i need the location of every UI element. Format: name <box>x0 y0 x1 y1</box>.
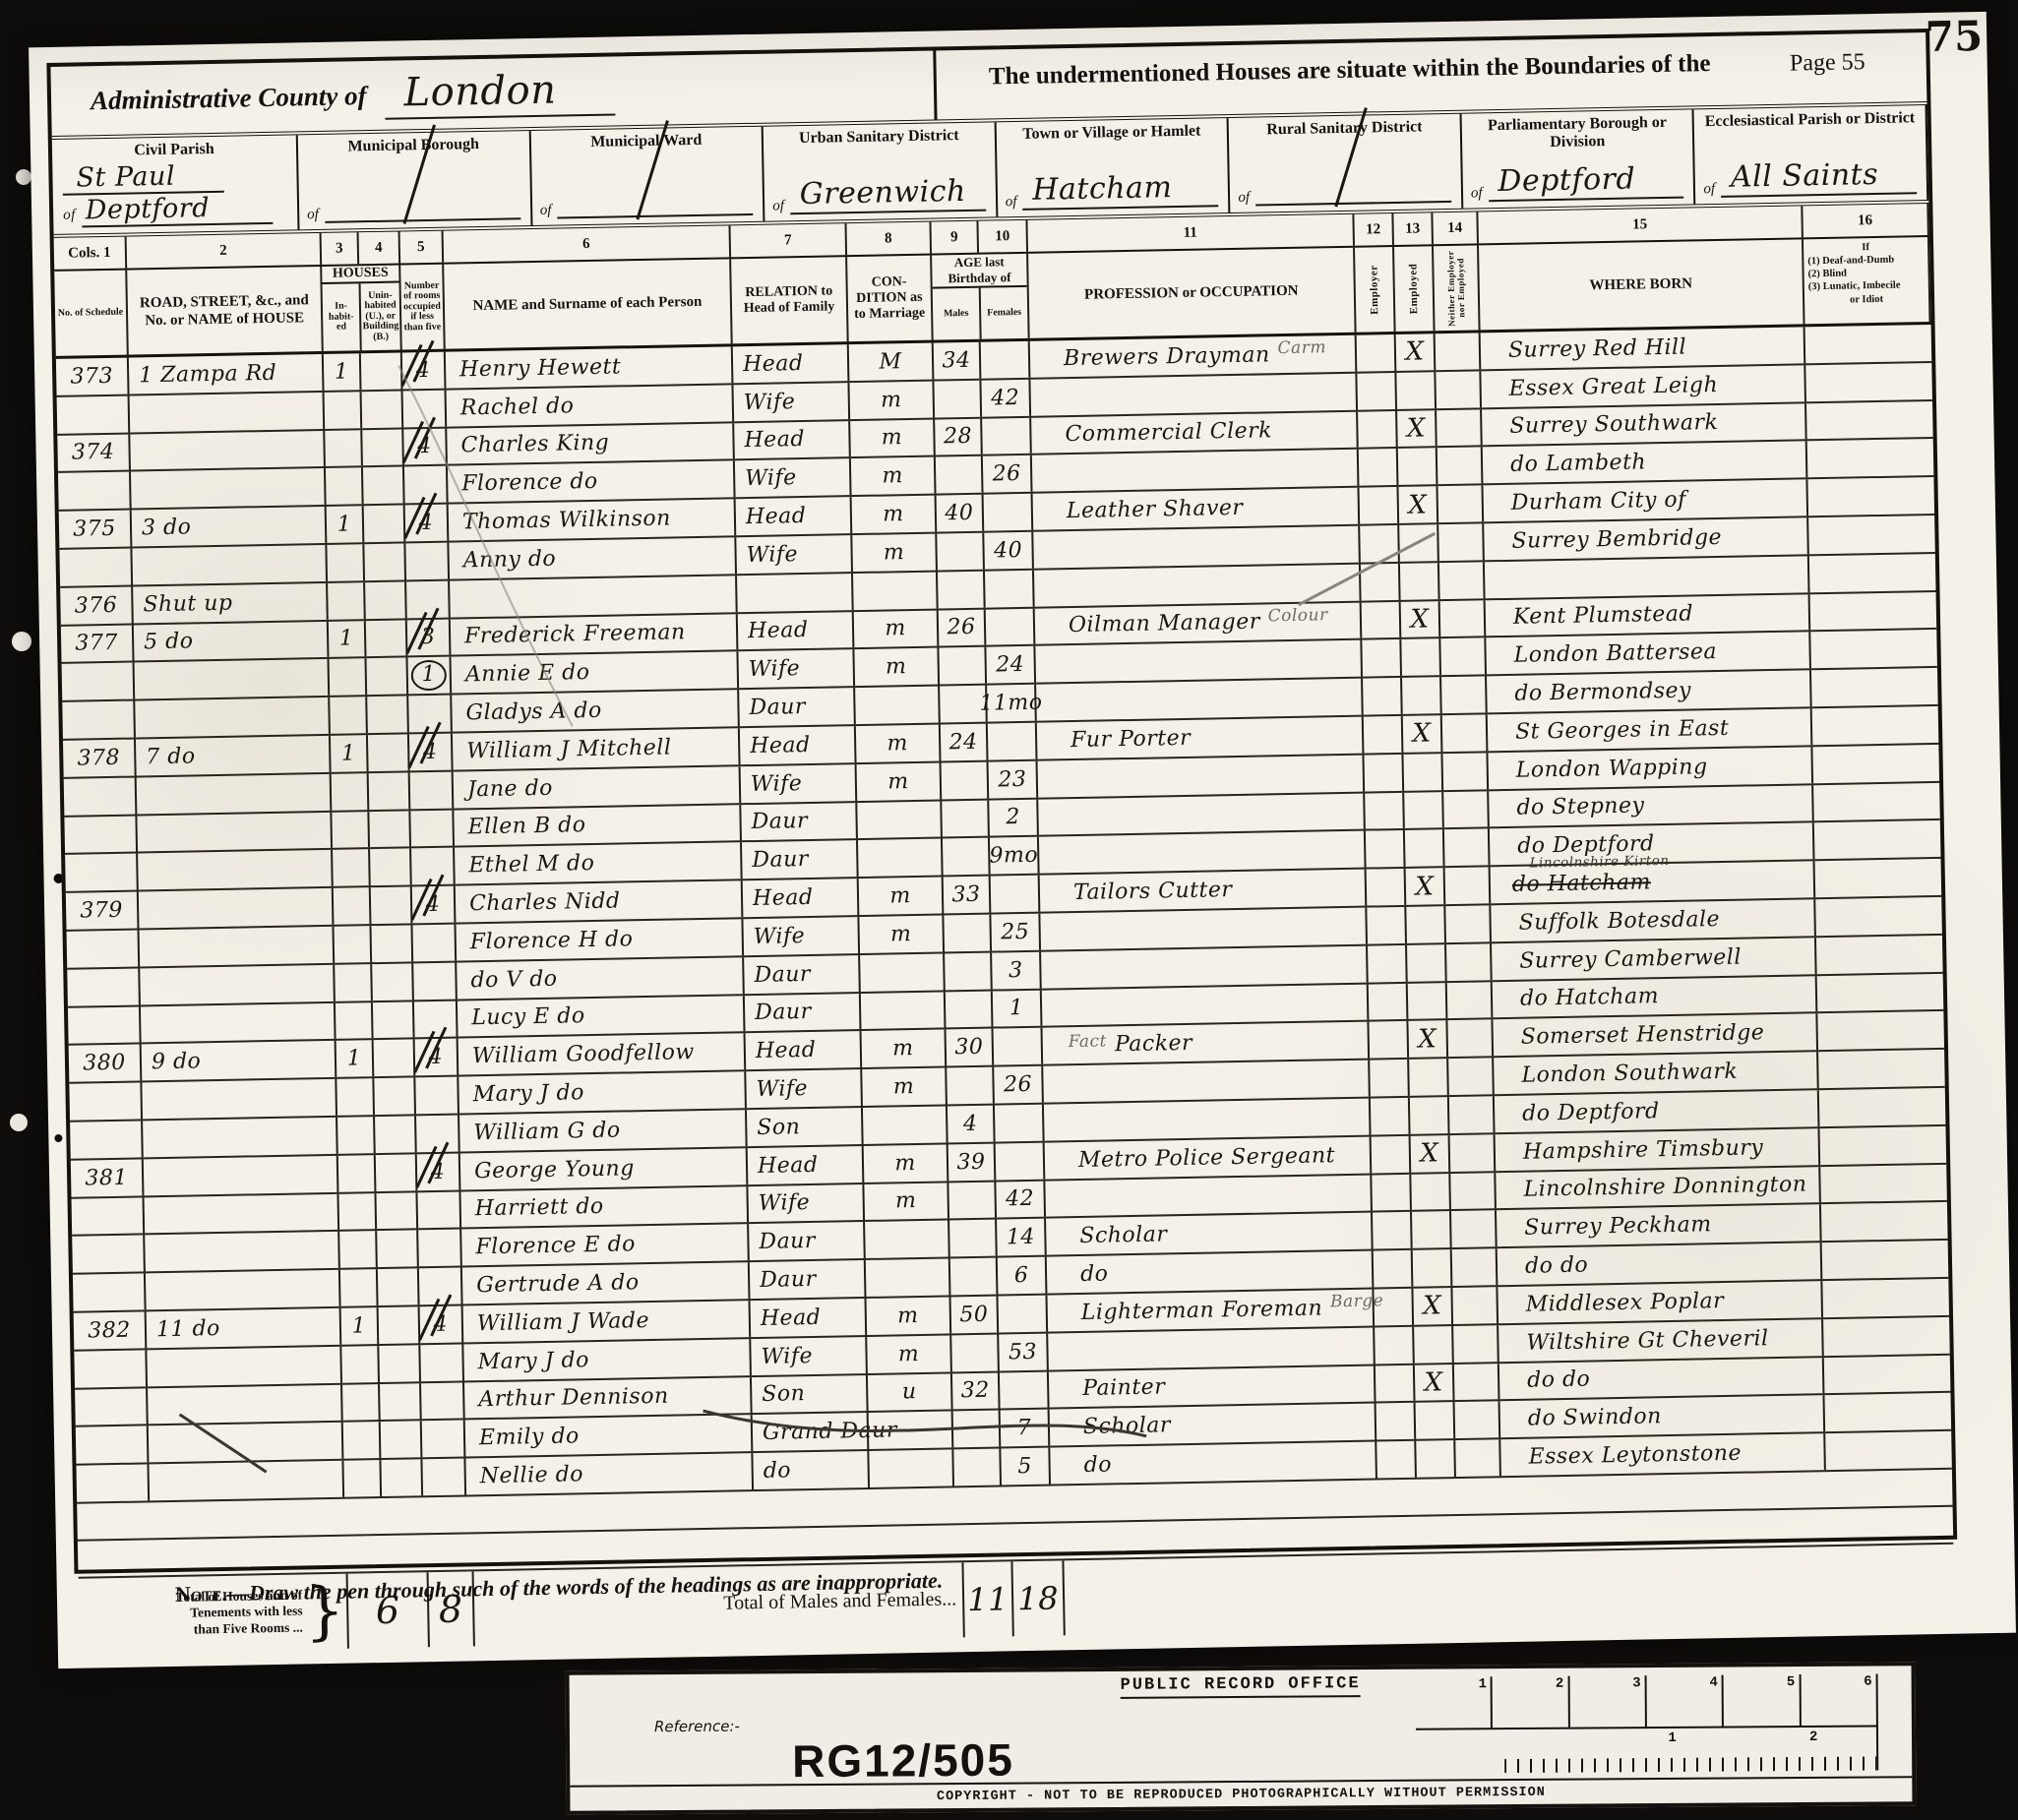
schedule-number <box>72 1197 146 1235</box>
employed-tick <box>1414 1326 1454 1364</box>
born-text: do Lambeth <box>1510 451 1646 478</box>
infirmities-value <box>1810 592 1937 631</box>
rooms-value <box>406 580 451 618</box>
employer-value <box>1362 639 1402 677</box>
address: 5 do <box>134 621 330 660</box>
houses-uninhabited-value <box>380 1383 422 1421</box>
infirmities-value <box>1820 1164 1947 1202</box>
address <box>130 431 326 470</box>
col-profession-header: PROFESSION or OCCUPATION <box>1028 248 1357 338</box>
col-whereborn-header: WHERE BORN <box>1479 239 1805 330</box>
age-male-value: 24 <box>941 724 989 761</box>
where-born-value: Lincolnshire Donnington <box>1496 1167 1821 1209</box>
neither-value <box>1446 943 1493 981</box>
houses-uninhabited-value <box>371 925 413 962</box>
age-female-value <box>982 417 1032 455</box>
houses-total-line: than Five Rooms ... <box>194 1620 303 1637</box>
houses-uninhabited-value <box>374 1077 416 1115</box>
occupation-text: do <box>1080 1261 1109 1287</box>
relation-value: Wife <box>748 1184 865 1223</box>
occupation-value <box>1038 755 1366 797</box>
person-name: Nellie do <box>465 1453 754 1494</box>
schedule-number: 376 <box>60 586 134 624</box>
rooms-number: 4 <box>428 1045 443 1069</box>
age-male-value <box>948 1182 997 1219</box>
stamp-ruler: 123456 1 2 <box>1416 1673 1879 1775</box>
condition-value: m <box>867 1335 952 1372</box>
schedule-number: 382 <box>74 1311 148 1349</box>
district-field: Town or Village or Hamlet of Hatcham <box>996 118 1230 216</box>
employed-tick <box>1413 1249 1453 1287</box>
where-born-value: do Hatcham <box>1493 976 1818 1018</box>
person-name: Emily do <box>465 1415 754 1456</box>
address <box>140 927 336 966</box>
rooms-value <box>403 390 448 427</box>
occupation-value <box>1032 450 1360 492</box>
ruler-inch-scale: 1 2 <box>1504 1727 1878 1773</box>
infirm-line: (2) Blind <box>1807 268 1847 281</box>
neither-value <box>1450 1134 1497 1172</box>
employer-value <box>1366 830 1406 868</box>
address <box>135 698 331 737</box>
neither-value <box>1440 638 1487 676</box>
district-label: Urban Sanitary District <box>769 127 989 149</box>
column-number: Cols. 1 <box>54 237 128 270</box>
rooms-value <box>405 543 450 580</box>
houses-inhabited-value <box>338 1155 377 1191</box>
rooms-value: 4 <box>412 886 457 924</box>
person-name: Florence H do <box>456 919 744 960</box>
address <box>141 1002 336 1042</box>
rooms-value <box>413 962 458 1000</box>
rooms-value: 4 <box>417 1153 461 1190</box>
condition-value: m <box>852 496 938 533</box>
rooms-number: 4 <box>423 740 438 764</box>
born-text: Essex Great Leigh <box>1508 373 1718 401</box>
rooms-value <box>419 1268 463 1305</box>
district-field: Rural Sanitary District of <box>1229 114 1463 212</box>
relation-value: Head <box>740 726 857 764</box>
age-male-value: 26 <box>939 609 987 646</box>
where-born-value: do Stepney <box>1489 785 1814 827</box>
age-female-value <box>991 876 1041 913</box>
houses-inhabited-value <box>336 1002 374 1039</box>
employed-tick <box>1400 563 1440 600</box>
occupation-value <box>1038 793 1366 835</box>
district-value: Deptford <box>1488 161 1684 203</box>
born-text: Somerset Henstridge <box>1521 1020 1765 1050</box>
person-name: William Goodfellow <box>459 1034 747 1075</box>
condition-value: M <box>849 343 935 381</box>
address <box>130 393 326 432</box>
note-word: Note. <box>175 1581 228 1607</box>
district-field: Parliamentary Borough or Division of Dep… <box>1461 109 1695 208</box>
age-male-value: 50 <box>950 1296 999 1333</box>
person-name: Florence E do <box>461 1224 750 1265</box>
condition-value: m <box>850 419 936 456</box>
age-female-value: 24 <box>986 646 1036 684</box>
age-male-value: 33 <box>944 877 992 914</box>
col-condition-header: CON-DITION as to Marriage <box>847 256 934 342</box>
district-label: Municipal Ward <box>536 131 756 152</box>
neither-value <box>1448 1058 1495 1095</box>
civil-parish-value-1: St Paul <box>62 160 224 196</box>
born-text: do Hatcham <box>1520 985 1659 1012</box>
houses-inhabited-value <box>328 582 366 619</box>
age-male-value <box>937 533 985 571</box>
schedule-number <box>64 816 138 853</box>
employed-tick: X <box>1396 334 1437 371</box>
born-text: Suffolk Botesdale <box>1518 907 1720 936</box>
of-word: of <box>540 203 552 219</box>
neither-value <box>1449 1096 1496 1133</box>
occupation-value <box>1033 526 1361 569</box>
neither-value <box>1455 1402 1501 1439</box>
neither-value <box>1444 829 1491 867</box>
age-female-value: 9mo <box>990 837 1040 875</box>
schedule-number <box>72 1236 146 1273</box>
occupation-value <box>1034 564 1362 606</box>
condition-value: m <box>859 878 945 915</box>
rooms-number: 4 <box>433 1312 448 1337</box>
rooms-value: 4 <box>415 1039 459 1076</box>
condition-value: m <box>862 1068 948 1106</box>
condition-value <box>869 1412 954 1449</box>
houses-inhabited-value: 1 <box>341 1307 380 1344</box>
houses-uninhabited-value <box>363 467 405 505</box>
address <box>135 659 331 698</box>
houses-inhabited-value <box>333 850 371 886</box>
address <box>137 812 333 851</box>
address <box>138 850 334 889</box>
rooms-value <box>408 696 453 733</box>
schedule-number <box>58 472 132 510</box>
occupation-text: Lighterman Foreman <box>1081 1296 1323 1324</box>
schedule-number: 378 <box>63 739 137 776</box>
age-male-value: 40 <box>937 495 985 532</box>
address: 11 do <box>147 1308 342 1348</box>
born-text: do do <box>1525 1253 1589 1279</box>
column-number: 5 <box>400 231 445 264</box>
houses-uninhabited-value <box>362 391 404 428</box>
age-male-value <box>936 456 984 494</box>
district-value: All Saints <box>1721 156 1918 198</box>
employer-value <box>1357 334 1397 372</box>
employed-tick <box>1406 906 1446 943</box>
neither-value <box>1447 982 1494 1019</box>
district-label: Parliamentary Borough or Division <box>1468 114 1687 153</box>
houses-inhabited-value: 1 <box>324 353 362 390</box>
schedule-number <box>59 549 133 586</box>
neither-value <box>1436 371 1482 408</box>
address: 9 do <box>142 1041 337 1080</box>
occupation-text: Oilman Manager <box>1069 610 1260 638</box>
neither-value <box>1442 714 1489 752</box>
district-label: Rural Sanitary District <box>1235 118 1454 140</box>
district-label: Ecclesiastical Parish or District <box>1700 109 1920 131</box>
age-male-value <box>934 380 982 417</box>
females-total-value: 18 <box>1012 1560 1065 1636</box>
age-female-value: 7 <box>1001 1410 1051 1447</box>
relation-value: Grand Daur <box>753 1413 870 1451</box>
age-male-value <box>942 761 990 799</box>
relation-value: Daur <box>749 1222 866 1260</box>
where-born-value: Surrey Camberwell <box>1492 938 1817 980</box>
where-born-value: Essex Great Leigh <box>1481 365 1806 407</box>
employed-tick <box>1399 524 1439 562</box>
binding-hole <box>12 632 31 651</box>
of-word: of <box>1471 185 1483 202</box>
admin-county-box: Administrative County of London <box>50 50 937 135</box>
person-name: Jane do <box>454 766 742 808</box>
houses-inhabited-value: 1 <box>336 1040 375 1076</box>
col-rooms-header: Number of rooms occupied if less than fi… <box>400 265 446 350</box>
age-male-value <box>943 838 991 876</box>
address <box>132 545 328 584</box>
employed-tick: X <box>1403 715 1443 753</box>
employed-tick <box>1409 1059 1449 1096</box>
person-name: Charles Nidd <box>456 880 744 922</box>
schedule-number: 373 <box>56 358 130 395</box>
born-text: do Swindon <box>1528 1404 1662 1430</box>
houses-uninhabited-value <box>369 811 411 848</box>
schedule-number <box>75 1388 149 1426</box>
age-female-value: 1 <box>993 990 1043 1027</box>
houses-uninhabited-value <box>375 1116 417 1153</box>
occupation-value: do <box>1047 1251 1375 1294</box>
address <box>145 1232 340 1271</box>
schedule-number <box>67 968 141 1005</box>
person-name: Arthur Dennison <box>464 1377 753 1419</box>
employer-value <box>1364 755 1404 792</box>
infirmities-value <box>1817 973 1944 1011</box>
occupation-value <box>1041 945 1369 988</box>
occupation-text: Tailors Cutter <box>1073 878 1233 905</box>
where-born-value: Middlesex Poplar <box>1498 1281 1823 1323</box>
houses-uninhabited-value <box>365 581 407 619</box>
relation-value: Daur <box>745 994 862 1032</box>
employer-value <box>1368 945 1408 983</box>
houses-inhabited-value <box>338 1193 377 1230</box>
column-number: 15 <box>1478 206 1804 243</box>
houses-uninhabited-value <box>379 1306 421 1344</box>
houses-inhabited-value <box>327 544 365 580</box>
condition-value: m <box>857 762 943 800</box>
census-sheet: 75 Administrative County of London The u… <box>29 12 2016 1668</box>
schedule-number <box>76 1426 150 1464</box>
employer-value <box>1359 487 1399 524</box>
where-born-value: Surrey Southwark <box>1482 403 1807 446</box>
neither-value <box>1445 905 1492 942</box>
employed-tick: X <box>1411 1135 1451 1173</box>
person-name: Ethel M do <box>455 843 743 884</box>
infirmities-value <box>1822 1279 1949 1317</box>
stamp-reference-label: Reference:- <box>654 1718 740 1736</box>
rooms-value <box>417 1191 461 1229</box>
schedule-number: 374 <box>57 434 131 471</box>
occupation-value: do <box>1050 1442 1377 1485</box>
employed-tick: X <box>1406 868 1446 905</box>
where-born-value: Suffolk Botesdale <box>1491 899 1816 941</box>
employer-value <box>1374 1289 1414 1326</box>
age-female-value: 42 <box>996 1181 1046 1218</box>
infirmities-value <box>1805 363 1932 401</box>
address <box>139 888 335 928</box>
occupation-value <box>1042 984 1370 1026</box>
ruler-cm-cell: 1 <box>1416 1676 1494 1729</box>
column-number: 14 <box>1433 212 1479 244</box>
neither-value <box>1440 600 1487 637</box>
ruler-cm-scale: 123456 <box>1416 1673 1878 1729</box>
rooms-value: 4 <box>420 1305 464 1343</box>
occupation-value <box>1048 1327 1376 1369</box>
schedule-number <box>69 1083 143 1121</box>
relation-value: Wife <box>736 535 853 574</box>
admin-county-value: London <box>384 66 616 119</box>
infirmities-value <box>1814 820 1941 859</box>
born-text: Surrey Bembridge <box>1511 525 1722 554</box>
employed-tick <box>1404 792 1444 829</box>
born-struck: do Hatcham <box>1512 870 1651 897</box>
age-male-value: 32 <box>952 1372 1001 1410</box>
person-name: Rachel do <box>447 385 735 426</box>
occupation-value <box>1036 679 1364 721</box>
district-field: Urban Sanitary District of Greenwich <box>764 122 998 220</box>
relation-value: Son <box>747 1108 864 1146</box>
infirmities-value <box>1823 1317 1950 1356</box>
occupation-value: Fur Porter <box>1037 717 1365 759</box>
age-female-value: 26 <box>994 1066 1044 1104</box>
born-text: do Stepney <box>1516 794 1644 820</box>
neither-label: Neither Employer nor Employed <box>1445 248 1466 329</box>
employed-tick <box>1401 639 1441 677</box>
binding-hole <box>16 169 31 185</box>
relation-value <box>737 574 854 612</box>
rooms-number: 4 <box>426 892 441 917</box>
col-inhabited-header: In-habit-ed <box>323 283 363 351</box>
rooms-value: 3 <box>407 619 452 656</box>
admin-county-label: Administrative County of <box>91 81 367 116</box>
houses-inhabited-value <box>340 1269 379 1305</box>
district-value <box>1255 200 1451 207</box>
born-text: Hampshire Timsbury <box>1523 1135 1764 1164</box>
occupation-value <box>1030 373 1358 415</box>
employer-value <box>1367 907 1407 944</box>
district-value: Hatcham <box>1022 169 1219 211</box>
occupation-value <box>1045 1175 1373 1217</box>
rooms-value <box>415 1077 459 1115</box>
address <box>145 1193 340 1233</box>
age-male-value: 4 <box>948 1105 996 1142</box>
occupation-value: Lighterman ForemanBarge <box>1047 1289 1375 1331</box>
rooms-value <box>414 1001 459 1038</box>
houses-uninhabited-value <box>361 352 403 390</box>
employer-label: Employer <box>1368 265 1380 315</box>
employed-tick <box>1411 1174 1451 1211</box>
rooms-value <box>410 810 455 847</box>
occupation-value <box>1040 908 1368 950</box>
relation-value: Wife <box>733 383 850 421</box>
pro-stamp: PUBLIC RECORD OFFICE Reference:- RG12/50… <box>566 1662 1917 1815</box>
houses-inhabited-value <box>325 430 363 466</box>
address <box>142 1079 337 1119</box>
age-female-value: 5 <box>1001 1448 1051 1486</box>
occupation-text: Packer <box>1115 1031 1193 1057</box>
condition-value <box>857 801 943 838</box>
person-name: Henry Hewett <box>446 346 734 388</box>
age-female-value <box>986 608 1036 645</box>
employed-tick <box>1407 944 1447 982</box>
district-field: Municipal Ward of <box>530 127 764 225</box>
houses-inhabited-value <box>332 773 370 810</box>
born-text: Durham City of <box>1511 488 1686 516</box>
age-female-value: 53 <box>999 1333 1049 1370</box>
employer-value <box>1363 678 1403 715</box>
employer-value <box>1372 1136 1412 1174</box>
where-born-value: Lincolnshire Kirtondo Hatcham <box>1491 861 1816 903</box>
person-name <box>450 576 738 617</box>
employed-tick <box>1396 372 1437 409</box>
employer-value <box>1365 792 1405 829</box>
born-text: Surrey Southwark <box>1509 410 1718 439</box>
col-employed-header: Employed <box>1394 246 1436 332</box>
rooms-number: 1 <box>410 660 447 692</box>
col-relation-header: RELATION to Head of Family <box>731 257 849 343</box>
neither-value <box>1447 1020 1494 1058</box>
table-frame: Administrative County of London The unde… <box>46 29 1957 1574</box>
relation-value: Head <box>738 612 855 650</box>
address <box>137 774 333 814</box>
col-age-header: AGE last Birthday of Males Females <box>932 254 1030 340</box>
occupation-value: Tailors Cutter <box>1040 870 1368 912</box>
houses-label: HOUSES <box>322 266 398 284</box>
houses-inhabited-value: 1 <box>331 735 369 771</box>
ruler-inch-1: 1 <box>1668 1730 1677 1746</box>
schedule-number: 377 <box>61 625 135 662</box>
person-name: William G do <box>459 1110 748 1151</box>
col-uninhabited-header: Unin-habited (U.), or Building (B.) <box>361 283 400 351</box>
houses-inhabited-value <box>334 926 372 962</box>
age-male-value <box>938 571 986 608</box>
age-label: AGE last Birthday of <box>932 254 1027 289</box>
employed-tick <box>1398 449 1438 486</box>
neither-value <box>1454 1364 1500 1401</box>
rooms-value: 4 <box>402 352 447 390</box>
person-name: do V do <box>457 957 745 999</box>
houses-uninhabited-value <box>378 1268 420 1305</box>
houses-uninhabited-value <box>381 1422 423 1459</box>
rooms-value <box>418 1230 462 1267</box>
rooms-value <box>416 1115 460 1152</box>
occupation-value: Metro Police Sergeant <box>1045 1136 1373 1179</box>
folio-number: 75 <box>1925 12 1983 61</box>
address <box>146 1270 341 1309</box>
age-male-value: 34 <box>934 342 982 380</box>
born-text: do Bermondsey <box>1514 679 1691 706</box>
where-born-value: Essex Leytonstone <box>1500 1433 1826 1476</box>
houses-inhabited-value <box>343 1422 382 1458</box>
where-born-value: do Deptford <box>1495 1090 1820 1132</box>
condition-value: u <box>868 1373 953 1411</box>
address: 7 do <box>136 736 332 775</box>
occupation-text: Commercial Clerk <box>1065 419 1272 448</box>
col-schedule-header: No. of Schedule <box>54 271 129 356</box>
condition-value: m <box>856 724 942 761</box>
where-born-value: London Battersea <box>1486 633 1811 675</box>
address <box>148 1384 343 1424</box>
infirmities-value <box>1824 1393 1951 1431</box>
houses-inhabited-value <box>332 812 370 848</box>
